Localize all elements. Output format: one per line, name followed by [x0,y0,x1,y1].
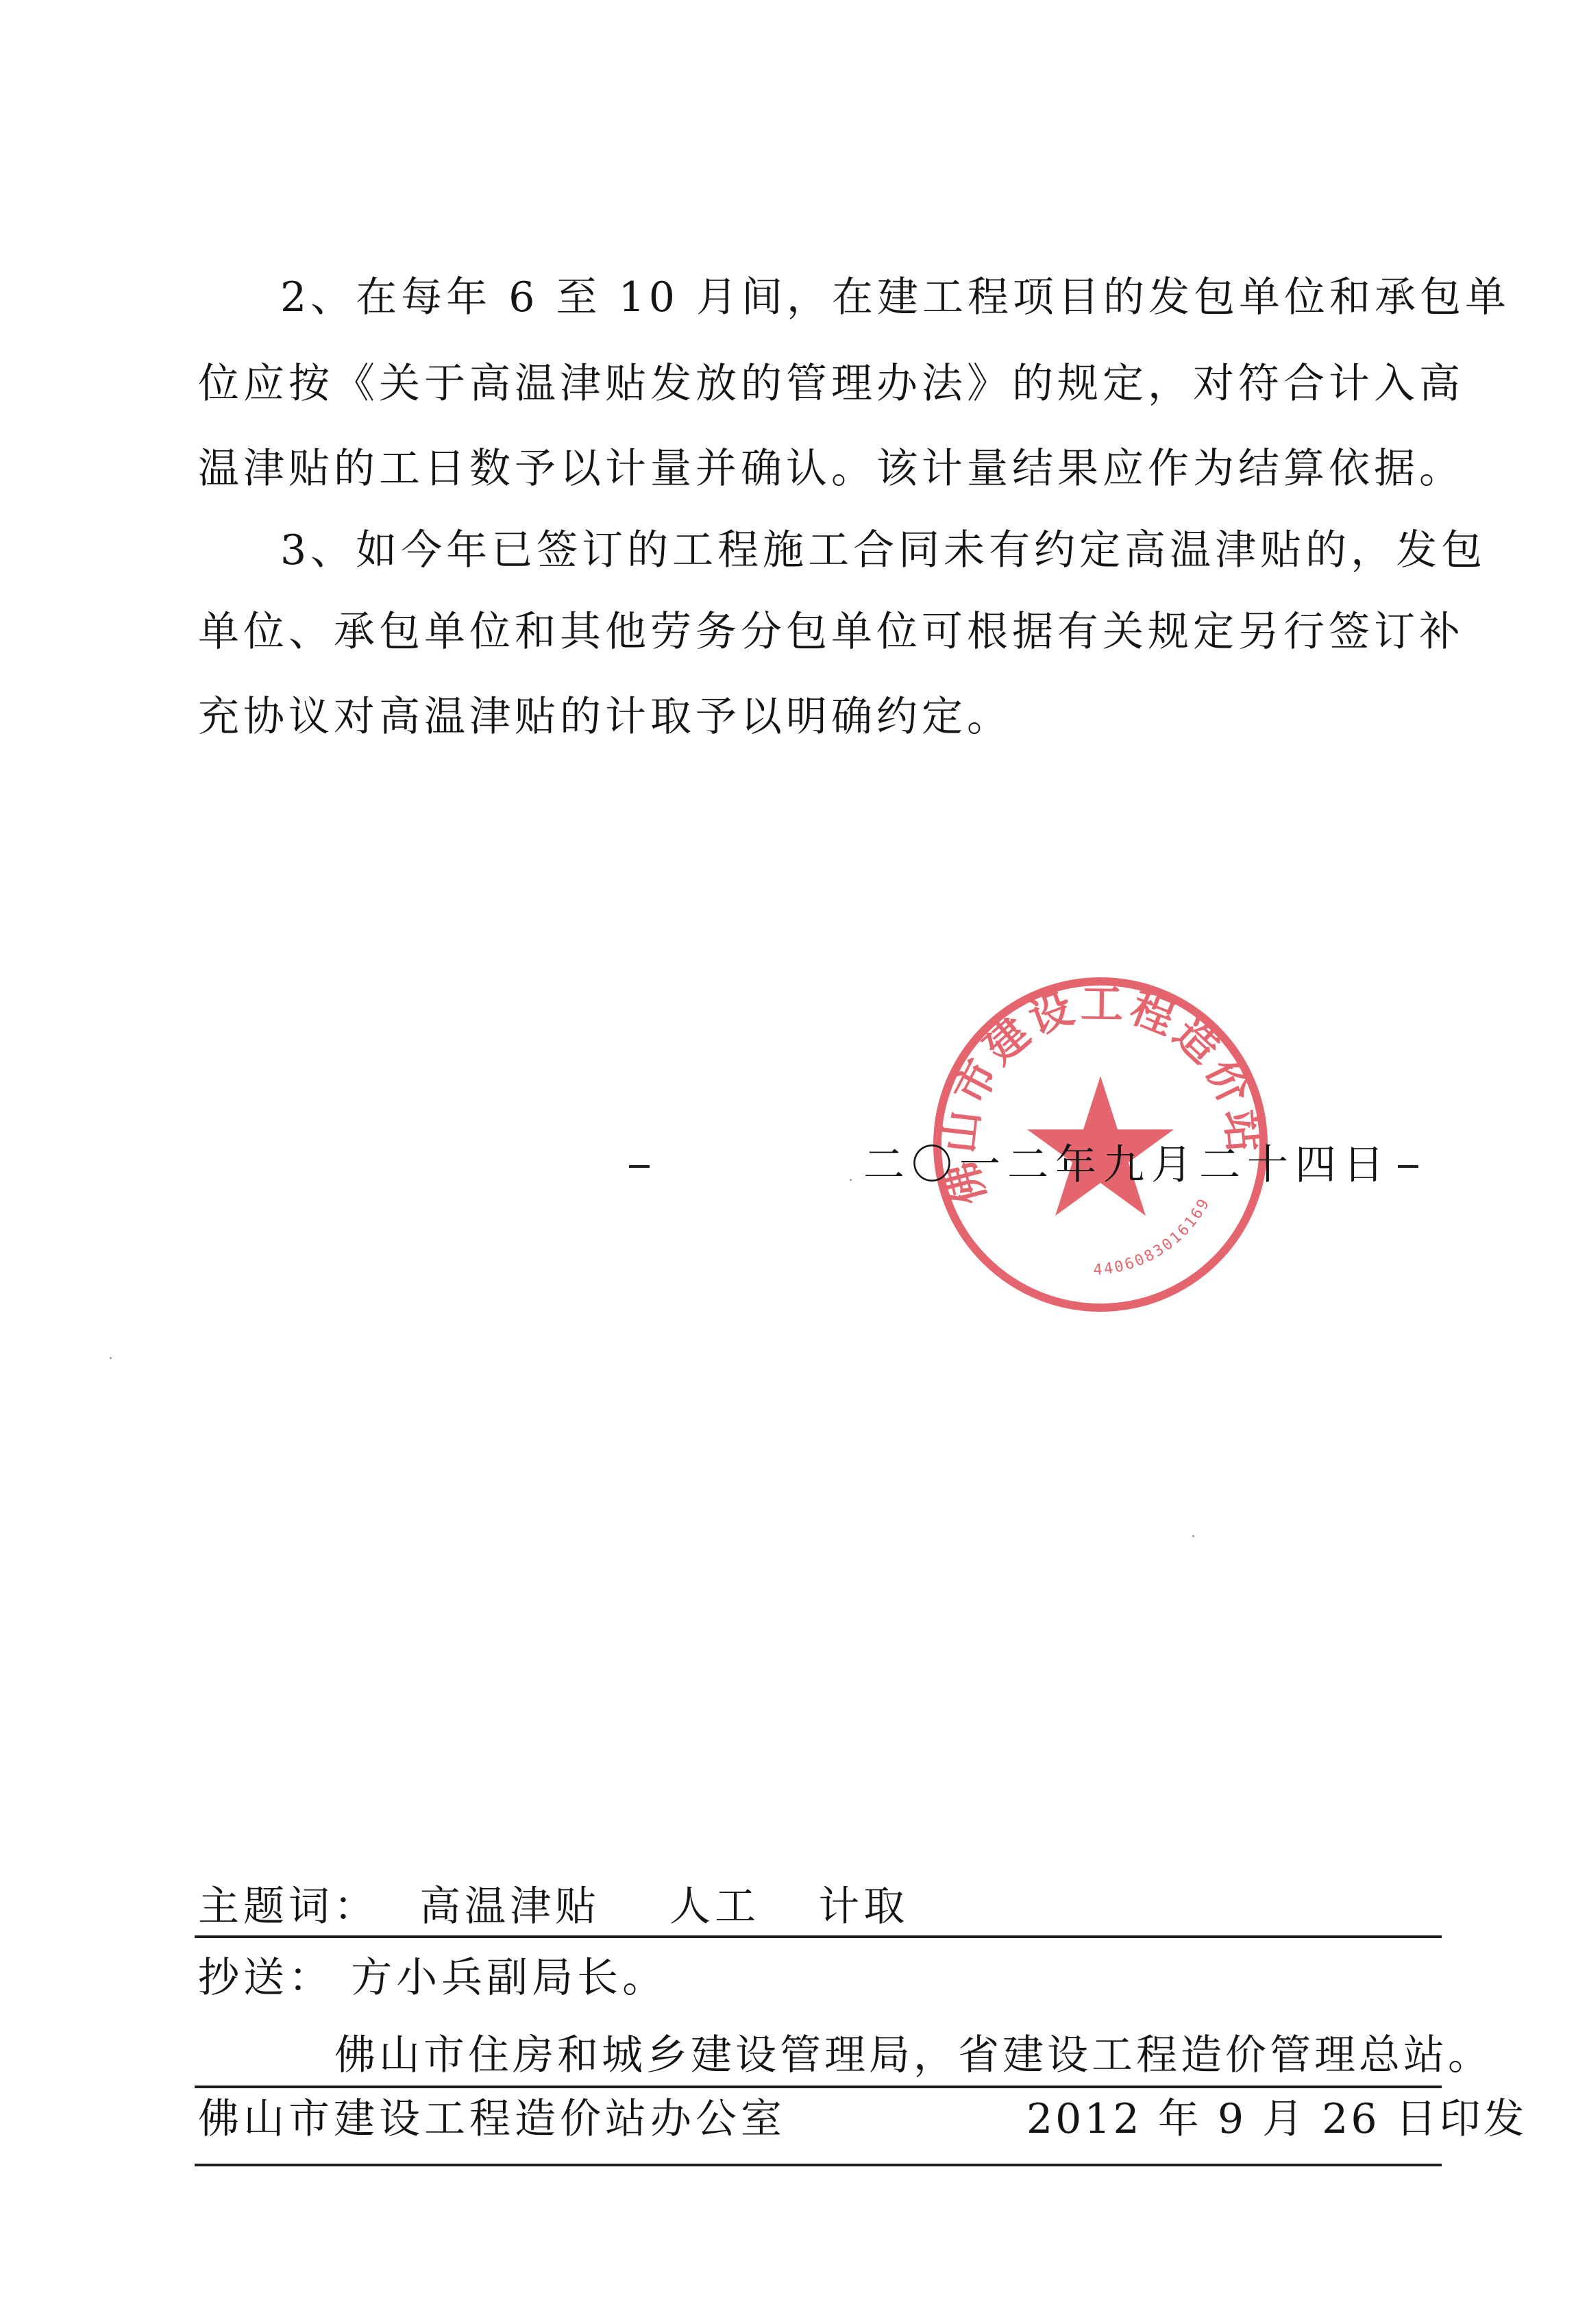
paragraph-2-line-1: 2、在每年 6 至 10 月间，在建工程项目的发包单位和承包单 [280,270,1439,325]
issuing-office: 佛山市建设工程造价站办公室 [198,2092,786,2146]
keywords-row: 主题词： 高温津贴 人工 计取 [198,1879,909,1934]
paragraph-3-line-3: 充协议对高温津贴的计取予以明确约定。 [198,689,1012,744]
scan-speck [850,1179,852,1181]
issue-date: 2012 年 9 月 26 日印发 [1026,2092,1527,2146]
divider-rule [195,1935,1442,1938]
keywords-label: 主题词： [198,1883,379,1931]
date-left-dash [629,1165,650,1168]
cc-recipients-continued: 佛山市住房和城乡建设管理局，省建设工程造价管理总站。 [334,2028,1492,2083]
divider-rule [195,2164,1442,2166]
document-page: 2、在每年 6 至 10 月间，在建工程项目的发包单位和承包单 位应按《关于高温… [0,0,1576,2324]
keyword: 人工 [669,1883,760,1931]
scan-speck [110,1357,112,1359]
cc-recipient: 方小兵副局长。 [351,1954,667,2002]
keyword: 计取 [818,1883,909,1931]
cc-row: 抄送： 方小兵副局长。 [198,1950,667,2005]
scan-speck [1192,1535,1194,1537]
divider-rule [195,2086,1442,2088]
keyword: 高温津贴 [419,1883,600,1931]
paragraph-3-line-2: 单位、承包单位和其他劳务分包单位可根据有关规定另行签订补 [198,604,1439,659]
seal-number: 4406083016169 [1093,1195,1214,1279]
date-right-dash [1398,1165,1418,1168]
cc-label: 抄送： [198,1954,334,2002]
signature-date: 二〇一二年九月二十四日 [863,1138,1391,1192]
paragraph-2-line-2: 位应按《关于高温津贴发放的管理办法》的规定，对符合计入高 [198,356,1439,411]
paragraph-3-line-1: 3、如今年已签订的工程施工合同未有约定高温津贴的，发包 [280,523,1439,578]
paragraph-2-line-3: 温津贴的工日数予以计量并确认。该计量结果应作为结算依据。 [198,441,1464,496]
svg-text:4406083016169: 4406083016169 [1093,1195,1214,1279]
